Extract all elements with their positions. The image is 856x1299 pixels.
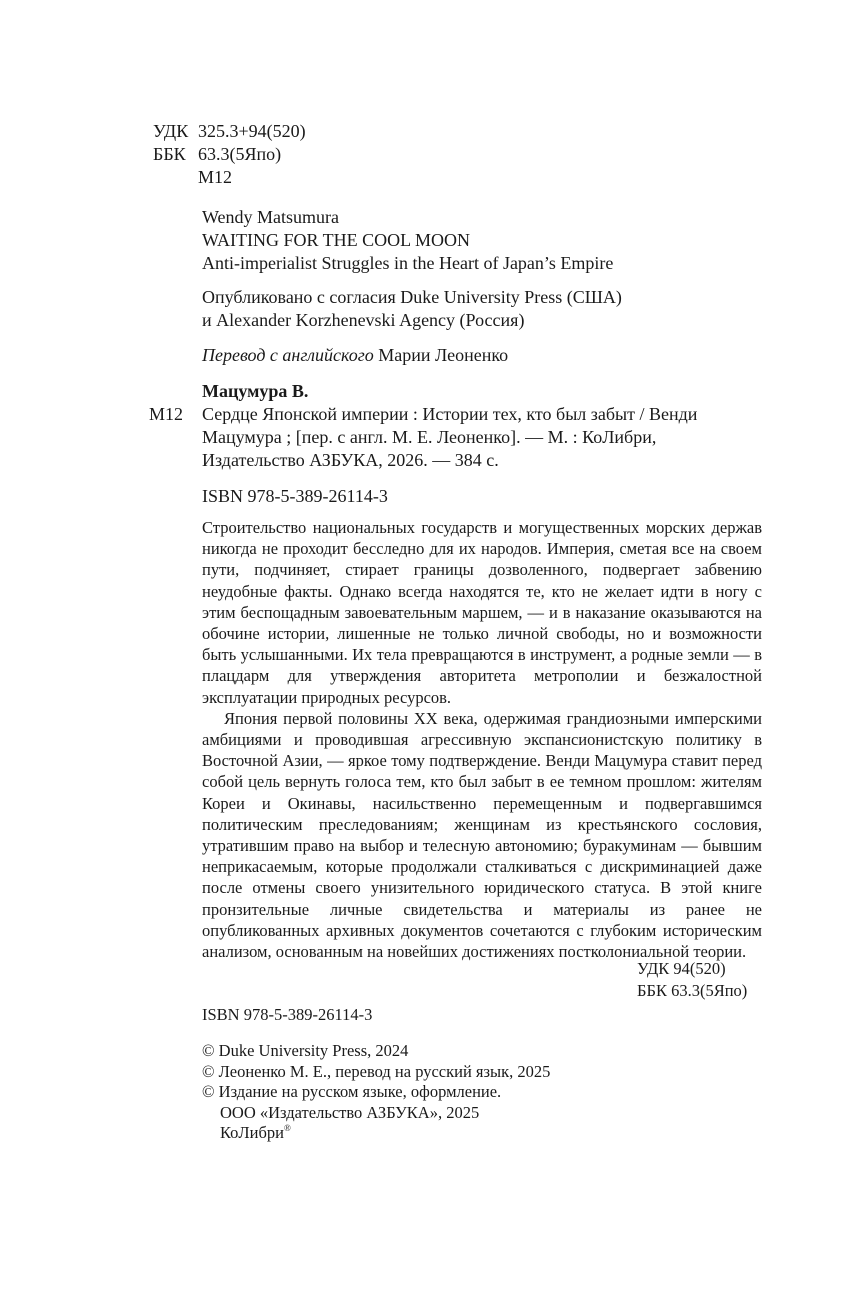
- translation-credit: Перевод с английского Марии Леоненко: [202, 344, 508, 367]
- bbk-value: 63.3(5Япо): [198, 143, 281, 166]
- copyright-block: © Duke University Press, 2024 © Леоненко…: [202, 1041, 550, 1144]
- copyright-line-1: © Duke University Press, 2024: [202, 1041, 550, 1062]
- bbk-row: ББК 63.3(5Япо): [153, 143, 306, 166]
- abstract-paragraph-1: Строительство национальных государств и …: [202, 517, 762, 708]
- abstract: Строительство национальных государств и …: [202, 517, 762, 962]
- rights-line-1: Опубликовано с согласия Duke University …: [202, 286, 622, 309]
- isbn-bottom: ISBN 978-5-389-26114-3: [202, 1003, 372, 1026]
- copyright-line-2: © Леоненко М. Е., перевод на русский язы…: [202, 1062, 550, 1083]
- bibliographic-author: Мацумура В.: [202, 380, 308, 403]
- bibliographic-mark: М12: [149, 403, 183, 426]
- classification-bottom: УДК 94(520) ББК 63.3(5Япо): [637, 958, 747, 1001]
- original-author: Wendy Matsumura: [202, 206, 613, 229]
- rights-line-2: и Alexander Korzhenevski Agency (Россия): [202, 309, 622, 332]
- author-mark: М12: [153, 166, 306, 189]
- udk-value: 325.3+94(520): [198, 120, 306, 143]
- copyright-line-4: ООО «Издательство АЗБУКА», 2025: [202, 1103, 550, 1124]
- copyright-line-3: © Издание на русском языке, оформление.: [202, 1082, 550, 1103]
- registered-mark: ®: [284, 1123, 291, 1133]
- copyright-line-5: КоЛибри®: [202, 1123, 550, 1144]
- udk-bottom: УДК 94(520): [637, 958, 747, 980]
- imprint-name: КоЛибри: [220, 1123, 284, 1142]
- original-title: WAITING FOR THE COOL MOON: [202, 229, 613, 252]
- udk-label: УДК: [153, 120, 198, 143]
- classification-block: УДК 325.3+94(520) ББК 63.3(5Япо) М12: [153, 120, 306, 189]
- original-edition: Wendy Matsumura WAITING FOR THE COOL MOO…: [202, 206, 613, 275]
- udk-row: УДК 325.3+94(520): [153, 120, 306, 143]
- translation-prefix: Перевод с английского: [202, 345, 374, 365]
- bibliographic-text: Сердце Японской империи : Истории тех, к…: [202, 403, 762, 472]
- bbk-bottom: ББК 63.3(5Япо): [637, 980, 747, 1002]
- translator-name: Марии Леоненко: [374, 345, 508, 365]
- isbn-top: ISBN 978-5-389-26114-3: [202, 485, 388, 508]
- original-subtitle: Anti-imperialist Struggles in the Heart …: [202, 252, 613, 275]
- publication-rights: Опубликовано с согласия Duke University …: [202, 286, 622, 332]
- bbk-label: ББК: [153, 143, 198, 166]
- abstract-paragraph-2: Япония первой половины XX века, одержима…: [202, 708, 762, 962]
